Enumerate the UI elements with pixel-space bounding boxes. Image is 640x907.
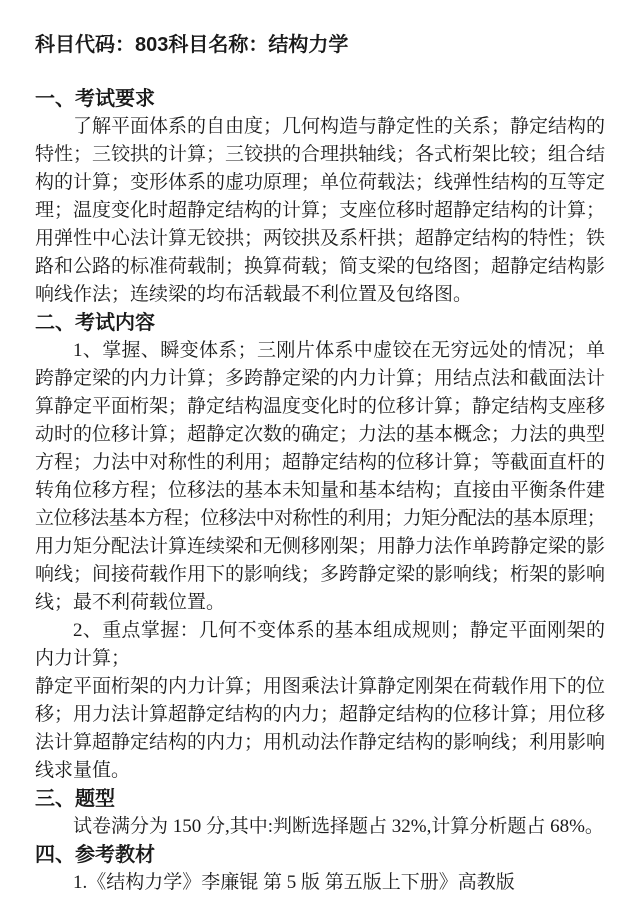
section-exam-content: 二、考试内容 1、掌握、瞬变体系；三刚片体系中虚铰在无穷远处的情况；单跨静定梁的… <box>35 309 605 785</box>
text-line: 线；最不利荷载位置。 <box>35 589 605 617</box>
paragraph-exam-content-mastery: 1、掌握、瞬变体系；三刚片体系中虚铰在无穷远处的情况；单跨静定梁的内力计算；多跨… <box>35 337 605 617</box>
text-line: 1、掌握、瞬变体系；三刚片体系中虚铰在无穷远处的情况；单 <box>35 337 605 365</box>
text-line: 用弹性中心法计算无铰拱；两铰拱及系杆拱；超静定结构的特性；铁 <box>35 225 605 253</box>
text-line: 动时的位移计算；超静定次数的确定；力法的基本概念；力法的典型 <box>35 421 605 449</box>
text-line: 2、重点掌握：几何不变体系的基本组成规则；静定平面刚架的 <box>35 617 605 645</box>
text-line: 响线作法；连续梁的均布活载最不利位置及包络图。 <box>35 281 605 309</box>
section-question-types: 三、题型 试卷满分为 150 分,其中:判断选择题占 32%,计算分析题占 68… <box>35 785 605 841</box>
text-line: 特性；三铰拱的计算；三铰拱的合理拱轴线；各式桁架比较；组合结 <box>35 141 605 169</box>
page-title: 科目代码：803科目名称：结构力学 <box>35 31 605 59</box>
text-line: 路和公路的标准荷载制；换算荷载；简支梁的包络图；超静定结构影 <box>35 253 605 281</box>
paragraph-reference-textbook: 1.《结构力学》李廉锟 第 5 版 第五版上下册》高教版 <box>35 869 605 897</box>
text-line: 法计算超静定结构的内力；用机动法作静定结构的影响线；利用影响 <box>35 729 605 757</box>
paragraph-exam-content-key-points-continued: 静定平面桁架的内力计算；用图乘法计算静定刚架在荷载作用下的位移；用力法计算超静定… <box>35 673 605 785</box>
text-line: 1.《结构力学》李廉锟 第 5 版 第五版上下册》高教版 <box>35 869 605 897</box>
section-heading-exam-content: 二、考试内容 <box>35 309 605 337</box>
text-line: 响线；间接荷载作用下的影响线；多跨静定梁的影响线；桁架的影响 <box>35 561 605 589</box>
text-line: 线求量值。 <box>35 757 605 785</box>
text-line: 转角位移方程；位移法的基本未知量和基本结构；直接由平衡条件建 <box>35 477 605 505</box>
text-line: 构的计算；变形体系的虚功原理；单位荷载法；线弹性结构的互等定 <box>35 169 605 197</box>
text-line: 了解平面体系的自由度；几何构造与静定性的关系；静定结构的 <box>35 113 605 141</box>
section-reference-textbooks: 四、参考教材 1.《结构力学》李廉锟 第 5 版 第五版上下册》高教版 <box>35 841 605 897</box>
section-heading-reference-textbooks: 四、参考教材 <box>35 841 605 869</box>
text-line: 内力计算； <box>35 645 605 673</box>
section-heading-question-types: 三、题型 <box>35 785 605 813</box>
text-line: 试卷满分为 150 分,其中:判断选择题占 32%,计算分析题占 68%。 <box>35 813 605 841</box>
text-line: 理；温度变化时超静定结构的计算；支座位移时超静定结构的计算； <box>35 197 605 225</box>
section-exam-requirements: 一、考试要求 了解平面体系的自由度；几何构造与静定性的关系；静定结构的特性；三铰… <box>35 85 605 309</box>
document-page: 科目代码：803科目名称：结构力学 一、考试要求 了解平面体系的自由度；几何构造… <box>0 0 640 907</box>
paragraph-exam-requirements: 了解平面体系的自由度；几何构造与静定性的关系；静定结构的特性；三铰拱的计算；三铰… <box>35 113 605 309</box>
text-line: 方程；力法中对称性的利用；超静定结构的位移计算；等截面直杆的 <box>35 449 605 477</box>
text-line: 算静定平面桁架；静定结构温度变化时的位移计算；静定结构支座移 <box>35 393 605 421</box>
text-line: 立位移法基本方程；位移法中对称性的利用；力矩分配法的基本原理； <box>35 505 605 533</box>
text-line: 移；用力法计算超静定结构的内力；超静定结构的位移计算；用位移 <box>35 701 605 729</box>
text-line: 用力矩分配法计算连续梁和无侧移刚架；用静力法作单跨静定梁的影 <box>35 533 605 561</box>
text-line: 静定平面桁架的内力计算；用图乘法计算静定刚架在荷载作用下的位 <box>35 673 605 701</box>
paragraph-question-types: 试卷满分为 150 分,其中:判断选择题占 32%,计算分析题占 68%。 <box>35 813 605 841</box>
text-line: 跨静定梁的内力计算；多跨静定梁的内力计算；用结点法和截面法计 <box>35 365 605 393</box>
section-heading-exam-requirements: 一、考试要求 <box>35 85 605 113</box>
paragraph-exam-content-key-points: 2、重点掌握：几何不变体系的基本组成规则；静定平面刚架的内力计算； <box>35 617 605 673</box>
